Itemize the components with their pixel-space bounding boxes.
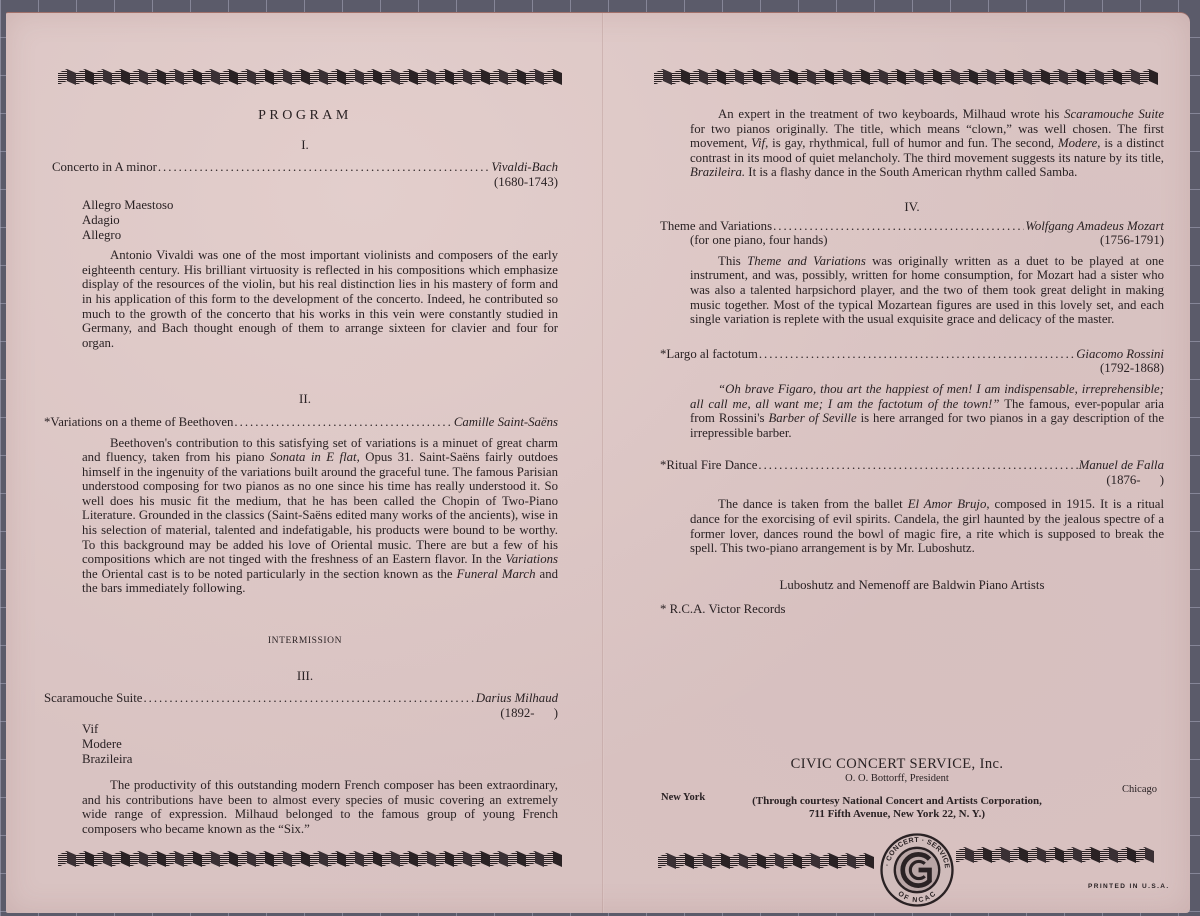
zigzag-border-bottom-left [58,849,564,871]
movement: Adagio [82,213,558,228]
left-page-content: PROGRAM I. Concerto in A minor Vivaldi-B… [52,109,558,837]
baldwin-note: Luboshutz and Nemenoff are Baldwin Piano… [660,578,1164,593]
intermission-label: INTERMISSION [52,634,558,649]
movement: Brazileira [82,752,558,767]
piece-title: *Ritual Fire Dance [660,458,757,473]
leader-dots [773,219,1024,234]
composer-dates: (1792-1868) [660,361,1164,376]
piece-title: *Largo al factotum [660,347,758,362]
composer-dates: (1756-1791) [1100,233,1164,248]
organization-name: CIVIC CONCERT SERVICE, Inc. [604,758,1190,772]
city-new-york: New York [661,791,705,805]
description-saint-saens: Beethoven's contribution to this satisfy… [82,436,558,597]
organization-president: O. O. Bottorff, President [604,772,1190,786]
description-falla: The dance is taken from the ballet El Am… [690,497,1164,555]
composer-name: Vivaldi-Bach [491,160,558,175]
movement: Allegro Maestoso [82,198,558,213]
mozart-subrow: (for one piano, four hands) (1756-1791) [660,233,1164,248]
description-mozart: This Theme and Variations was originally… [690,254,1164,327]
description-rossini: “Oh brave Figaro, thou art the happiest … [690,382,1164,440]
piece-title: Concerto in A minor [52,160,157,175]
sponsor-footer: CIVIC CONCERT SERVICE, Inc. O. O. Bottor… [604,758,1190,820]
movement: Allegro [82,228,558,243]
section-numeral: I. [52,138,558,153]
movement-list: Vif Modere Brazileira [52,722,558,766]
section-numeral: IV. [660,200,1164,215]
leader-dots [759,347,1075,362]
program-sheet: PROGRAM I. Concerto in A minor Vivaldi-B… [6,12,1190,913]
composer-dates: (1876- ) [660,473,1164,488]
zigzag-border-top-right [654,67,1164,89]
program-entry-largo: *Largo al factotum Giacomo Rossini [660,347,1164,362]
left-page: PROGRAM I. Concerto in A minor Vivaldi-B… [6,13,602,913]
movement: Modere [82,737,558,752]
leader-dots [758,458,1077,473]
zigzag-border-top-left [58,67,564,89]
program-heading: PROGRAM [52,109,558,124]
movement-list: Allegro Maestoso Adagio Allegro [52,198,558,242]
zigzag-border-bottom-right-a [658,851,878,873]
program-entry-concerto: Concerto in A minor Vivaldi-Bach [52,160,558,175]
instrumentation-note: (for one piano, four hands) [660,233,828,248]
printed-in-usa: PRINTED IN U.S.A. [1088,883,1170,890]
right-page-content: An expert in the treatment of two keyboa… [660,107,1164,617]
piece-title: Theme and Variations [660,219,772,234]
right-page: An expert in the treatment of two keyboa… [604,13,1190,913]
composer-dates: (1892- ) [52,706,558,721]
movement: Vif [82,722,558,737]
program-entry-mozart: Theme and Variations Wolfgang Amadeus Mo… [660,219,1164,234]
program-entry-scaramouche: Scaramouche Suite Darius Milhaud [44,691,558,706]
description-vivaldi: Antonio Vivaldi was one of the most impo… [82,248,558,350]
composer-name: Wolfgang Amadeus Mozart [1025,219,1164,234]
leader-dots [234,415,452,430]
composer-name: Manuel de Falla [1079,458,1164,473]
program-entry-variations: *Variations on a theme of Beethoven Cami… [44,415,558,430]
description-scaramouche: An expert in the treatment of two keyboa… [690,107,1164,180]
city-chicago: Chicago [1122,783,1157,797]
description-milhaud: The productivity of this outstanding mod… [82,778,558,836]
piece-title: Scaramouche Suite [44,691,142,706]
civic-concert-service-logo: CIVIC · CONCERT · SERVICE · INC OF NCAC [878,831,956,909]
composer-name: Camille Saint-Saëns [454,415,558,430]
records-footnote: * R.C.A. Victor Records [660,602,1164,617]
leader-dots [158,160,491,175]
composer-dates: (1680-1743) [52,175,558,190]
leader-dots [143,691,474,706]
program-entry-ritual: *Ritual Fire Dance Manuel de Falla [660,458,1164,473]
zigzag-border-bottom-right-b [956,845,1166,867]
section-numeral: II. [52,392,558,407]
composer-name: Giacomo Rossini [1076,347,1164,362]
section-numeral: III. [52,669,558,684]
piece-title: *Variations on a theme of Beethoven [44,415,233,430]
composer-name: Darius Milhaud [476,691,558,706]
